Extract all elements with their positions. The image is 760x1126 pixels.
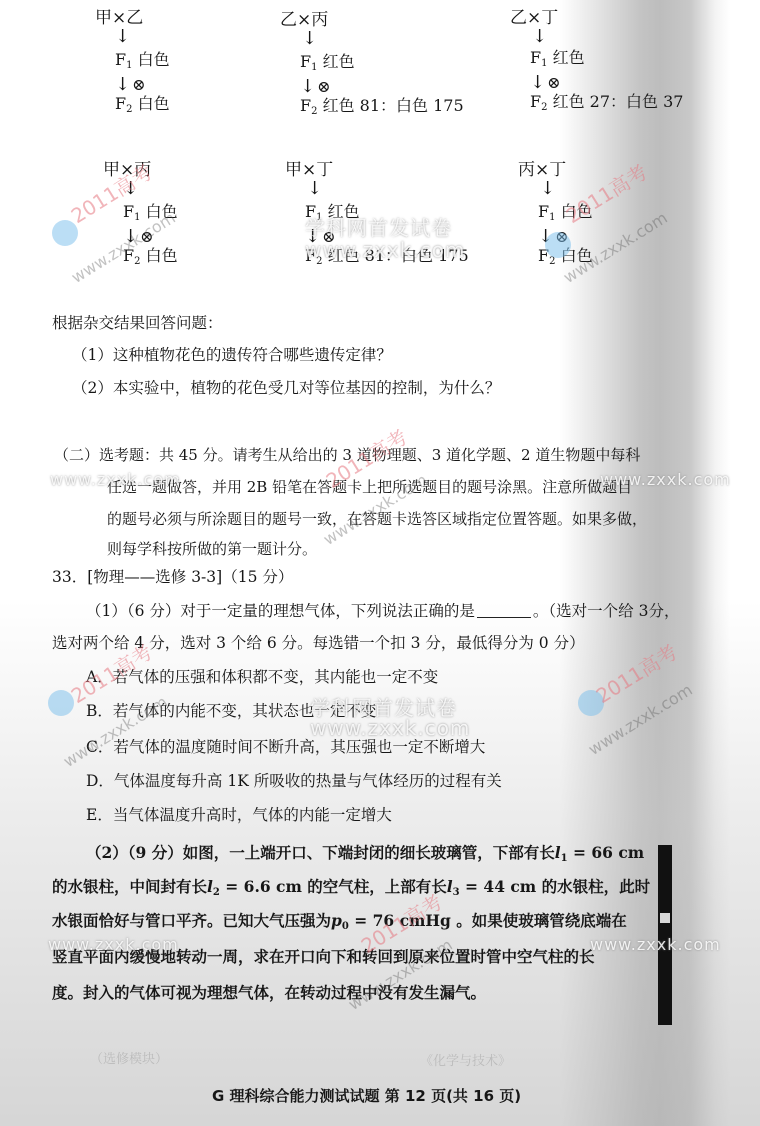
cross-diagram-yi-ding: 乙×丁 ↓ F1 红色 ↓⊗ F2 红色 27：白色 37 (510, 8, 683, 118)
arrow-icon: ↓ (300, 76, 315, 97)
cross-diagram-yi-bing: 乙×丙 ↓ F1 红色 ↓⊗ F2 红色 81：白色 175 (280, 10, 464, 122)
cross-parents: 丙×丁 (518, 160, 593, 180)
watermark-mascot-icon (52, 220, 78, 246)
f1-line: F1 红色 (530, 48, 683, 74)
arrow-icon: ↓ (530, 72, 545, 93)
f1-line: F1 白色 (115, 50, 170, 76)
arrow-icon: ↓ (540, 180, 593, 198)
answer-blank[interactable] (477, 603, 531, 618)
option-d: D．气体温度每升高 1K 所吸收的热量与气体经历的过程有关 (86, 770, 502, 792)
cross-diagram-jia-ding: 甲×丁 ↓ F1 红色 ↓⊗ F2 红色 81：白色 175 (285, 160, 469, 272)
glass-tube-figure (658, 845, 672, 1025)
elective-line-4: 则每学科按所做的第一题计分。 (107, 538, 317, 560)
selfing-line: ↓⊗ (123, 228, 178, 246)
selfing-line: ↓⊗ (305, 228, 469, 246)
option-e: E．当气体温度升高时，气体的内能一定增大 (86, 804, 392, 826)
arrow-icon: ↓ (532, 28, 683, 46)
option-c: C．若气体的温度随时间不断升高，其压强也一定不断增大 (86, 736, 485, 758)
q33-part2-line1: （2）（9 分）如图，一上端开口、下端封闭的细长玻璃管，下部有长l1 = 66 … (86, 842, 644, 870)
self-cross-icon: ⊗ (322, 227, 335, 246)
arrow-icon: ↓ (115, 28, 170, 46)
f2-line: F2 红色 27：白色 37 (530, 92, 683, 118)
cross-parents: 甲×丁 (285, 160, 469, 180)
selfing-line: ↓⊗ (300, 78, 464, 96)
cross-parents: 甲×丙 (103, 160, 178, 180)
q33-part2-line5: 度。封入的气体可视为理想气体，在转动过程中没有发生漏气。 (52, 982, 486, 1004)
self-cross-icon: ⊗ (317, 77, 330, 96)
watermark-mascot-icon (578, 690, 604, 716)
q33-part1-line2: 选对两个给 4 分，选对 3 个给 6 分。每选错一个扣 3 分，最低得分为 0… (52, 632, 585, 654)
watermark-year: 2011高考 (590, 636, 682, 709)
option-b: B．若气体的内能不变，其状态也一定不变 (86, 700, 376, 722)
arrow-icon: ↓ (115, 74, 130, 95)
f2-line: F2 红色 81：白色 175 (305, 246, 469, 272)
cross-parents: 乙×丁 (510, 8, 683, 28)
q33-part1-line1: （1）（6 分）对于一定量的理想气体，下列说法正确的是。（选对一个给 3分， (86, 600, 679, 622)
f1-line: F1 白色 (538, 202, 593, 228)
arrow-icon: ↓ (123, 180, 178, 198)
watermark-mascot-icon (48, 690, 74, 716)
bleed-through-text: （选修模块） (90, 1048, 168, 1067)
f2-line: F2 红色 81：白色 175 (300, 96, 464, 122)
elective-line-1: （二）选考题：共 45 分。请考生从给出的 3 道物理题、3 道化学题、2 道生… (54, 444, 640, 466)
arrow-icon: ↓ (307, 180, 469, 198)
f1-line: F1 白色 (123, 202, 178, 228)
page-footer: G 理科综合能力测试试题 第 12 页(共 16 页) (212, 1085, 521, 1106)
arrow-icon: ↓ (302, 30, 464, 48)
arrow-icon: ↓ (305, 226, 320, 247)
question-1: （1）这种植物花色的遗传符合哪些遗传定律？ (72, 344, 392, 366)
q33-title: 33．[物理——选修 3-3]（15 分） (52, 566, 293, 588)
selfing-line: ↓⊗ (115, 76, 170, 94)
option-a: A．若气体的压强和体积都不变，其内能也一定不变 (86, 666, 438, 688)
q33-part2-line3: 水银面恰好与管口平齐。已知大气压强为p0 = 76 cmHg 。如果使玻璃管绕底… (52, 910, 627, 938)
watermark-url: www.zxxk.com (585, 680, 696, 759)
questions-intro: 根据杂交结果回答问题： (52, 312, 223, 334)
cross-diagram-jia-bing: 甲×丙 ↓ F1 白色 ↓⊗ F2 白色 (103, 160, 178, 272)
selfing-line: ↓⊗ (530, 74, 683, 92)
self-cross-icon: ⊗ (132, 75, 145, 94)
self-cross-icon: ⊗ (140, 227, 153, 246)
air-column-gap (660, 913, 670, 923)
f2-line: F2 白色 (115, 94, 170, 120)
f1-line: F1 红色 (305, 202, 469, 228)
elective-line-2: 任选一题做答，并用 2B 铅笔在答题卡上把所选题目的题号涂黑。注意所做题目 (107, 476, 632, 498)
elective-line-3: 的题号必须与所涂题目的题号一致，在答题卡选答区域指定位置答题。如果多做， (107, 508, 647, 530)
cross-parents: 甲×乙 (95, 8, 170, 28)
self-cross-icon: ⊗ (547, 73, 560, 92)
question-2: （2）本实验中，植物的花色受几对等位基因的控制，为什么？ (72, 377, 500, 399)
cross-diagram-jia-yi: 甲×乙 ↓ F1 白色 ↓⊗ F2 白色 (95, 8, 170, 120)
exam-page: 甲×乙 ↓ F1 白色 ↓⊗ F2 白色 乙×丙 ↓ F1 红色 ↓⊗ F2 红… (0, 0, 760, 1126)
q33-part2-line2: 的水银柱，中间封有长l2 = 6.6 cm 的空气柱，上部有长l3 = 44 c… (52, 876, 650, 904)
bleed-through-text: 《化学与技术》 (420, 1050, 511, 1069)
watermark-mascot-icon (545, 232, 571, 258)
f1-line: F1 红色 (300, 52, 464, 78)
cross-parents: 乙×丙 (280, 10, 464, 30)
q33-part2-line4: 竖直平面内缓慢地转动一周，求在开口向下和转回到原来位置时管中空气柱的长 (52, 946, 595, 968)
f2-line: F2 白色 (123, 246, 178, 272)
arrow-icon: ↓ (123, 226, 138, 247)
